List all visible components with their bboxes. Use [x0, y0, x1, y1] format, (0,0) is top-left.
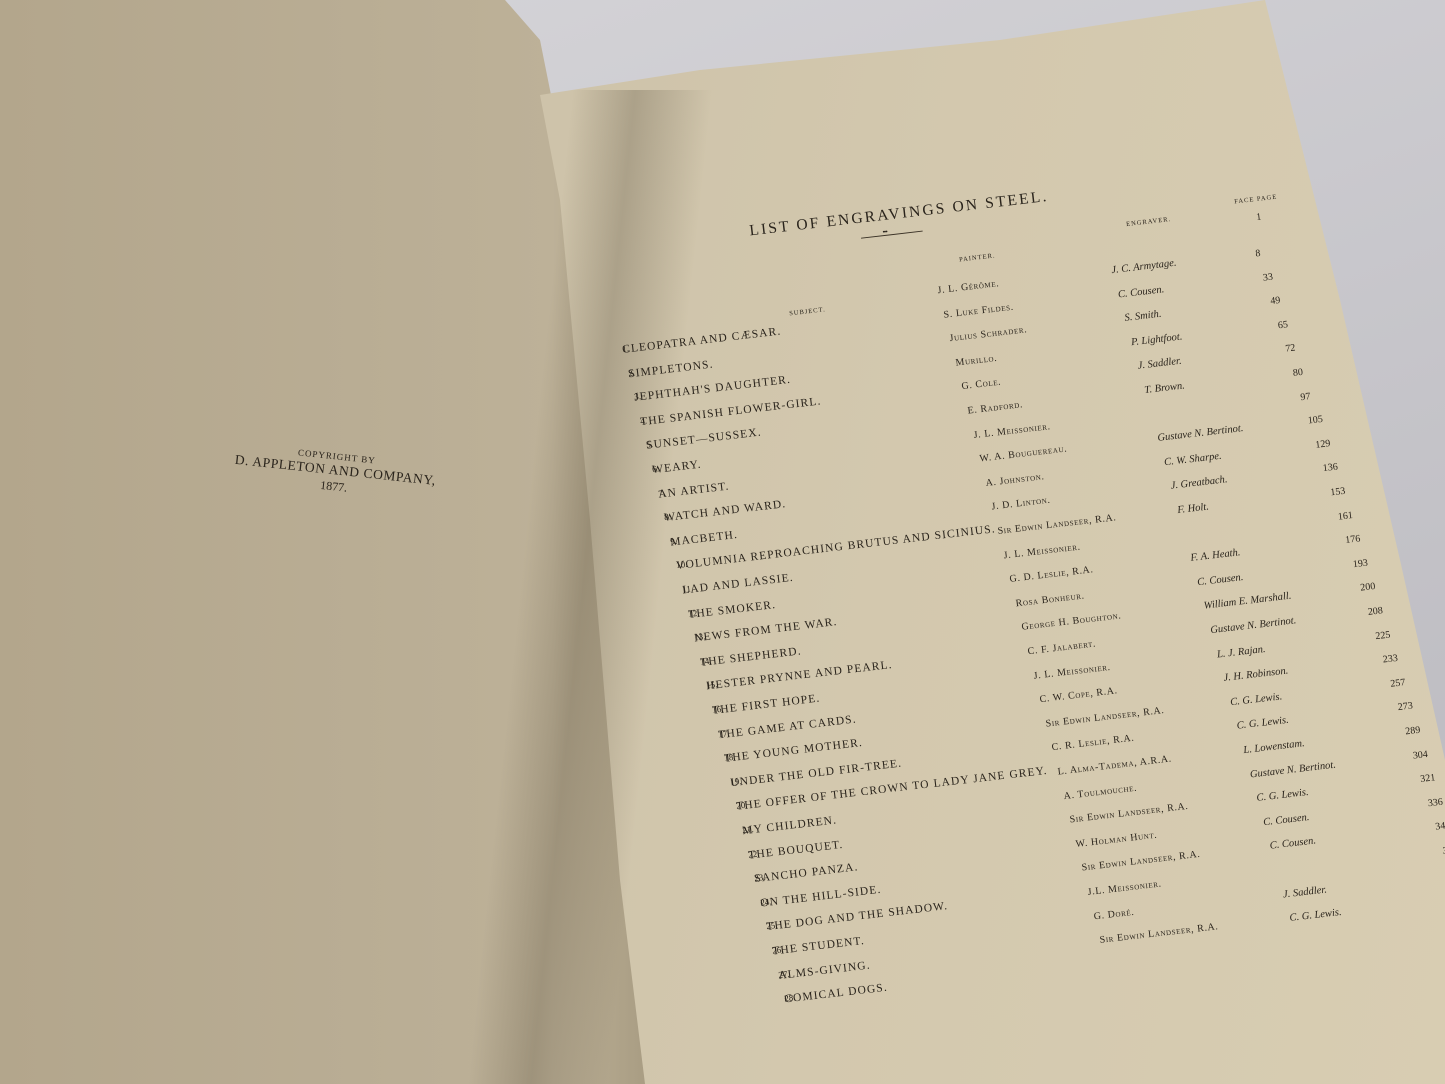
- entry-subject: 6.WEARY.: [652, 459, 703, 477]
- entry-title: WEARY.: [652, 459, 703, 477]
- entry-number: 27.: [778, 968, 790, 979]
- entry-number: 8.: [664, 512, 672, 523]
- entry-face-page: 129: [1315, 438, 1331, 451]
- frontispiece-page: 1: [1256, 212, 1262, 224]
- entry-number: 9.: [670, 536, 678, 547]
- entry-face-page: 225: [1375, 629, 1391, 642]
- entry-number: 6.: [652, 463, 660, 474]
- entry-face-page: 136: [1322, 462, 1338, 475]
- entry-face-page: 105: [1307, 414, 1323, 427]
- left-page: [0, 0, 650, 1084]
- entry-number: 14.: [700, 656, 712, 667]
- entry-number: 3.: [634, 391, 642, 402]
- entry-number: 13.: [694, 631, 706, 642]
- entry-subject: 1.CLEOPATRA AND CÆSAR.: [622, 326, 782, 356]
- entry-number: 20.: [736, 800, 748, 811]
- entry-face-page: 161: [1337, 510, 1353, 523]
- entry-number: 21.: [742, 824, 754, 835]
- entry-face-page: 200: [1360, 581, 1376, 594]
- entry-number: 16.: [712, 704, 724, 715]
- entry-number: 2.: [628, 367, 636, 378]
- entry-face-page: 97: [1300, 391, 1311, 403]
- entry-number: 22.: [748, 848, 760, 859]
- entry-number: 10.: [676, 559, 688, 570]
- entry-number: 24.: [760, 896, 772, 907]
- entry-number: 15.: [706, 680, 718, 691]
- entry-face-page: 80: [1292, 367, 1303, 379]
- entry-face-page: 49: [1270, 295, 1281, 307]
- entry-number: 18.: [724, 752, 736, 763]
- entry-number: 11.: [682, 583, 694, 594]
- entry-face-page: 321: [1420, 772, 1436, 785]
- entry-title: CLEOPATRA AND CÆSAR.: [622, 326, 782, 356]
- entry-number: 17.: [718, 728, 730, 739]
- entry-subject: 7.AN ARTIST.: [658, 480, 730, 500]
- entry-subject: 9.MACBETH.: [670, 529, 739, 549]
- entry-face-page: 233: [1382, 653, 1398, 666]
- entry-number: 26.: [772, 944, 784, 955]
- entry-face-page: 257: [1390, 677, 1406, 690]
- entry-face-page: 273: [1397, 701, 1413, 714]
- engravings-list: LIST OF ENGRAVINGS ON STEEL. SUBJECT. PA…: [620, 240, 1445, 1025]
- entry-number: 19.: [730, 776, 742, 787]
- entry-title: MACBETH.: [670, 529, 739, 549]
- entry-number: 4.: [640, 415, 648, 426]
- entry-number: 7.: [658, 488, 666, 499]
- entry-face-page: 344: [1435, 820, 1445, 833]
- entry-title: AN ARTIST.: [658, 480, 730, 500]
- entry-face-page: 289: [1405, 725, 1421, 738]
- entry-number: 1.: [622, 343, 630, 354]
- entry-face-page: 208: [1367, 605, 1383, 618]
- entry-face-page: 304: [1412, 749, 1428, 762]
- entry-face-page: 193: [1352, 557, 1368, 570]
- entry-face-page: 153: [1330, 486, 1346, 499]
- entry-face-page: 33: [1262, 271, 1273, 283]
- entry-number: 5.: [646, 439, 654, 450]
- entry-face-page: 336: [1427, 796, 1443, 809]
- entry-number: 23.: [754, 872, 766, 883]
- entry-face-page: 72: [1285, 343, 1296, 355]
- entry-face-page: 65: [1277, 319, 1288, 331]
- entry-face-page: 176: [1345, 534, 1361, 547]
- entry-number: 28.: [784, 992, 796, 1003]
- entry-number: 12.: [688, 607, 700, 618]
- entry-number: 25.: [766, 920, 778, 931]
